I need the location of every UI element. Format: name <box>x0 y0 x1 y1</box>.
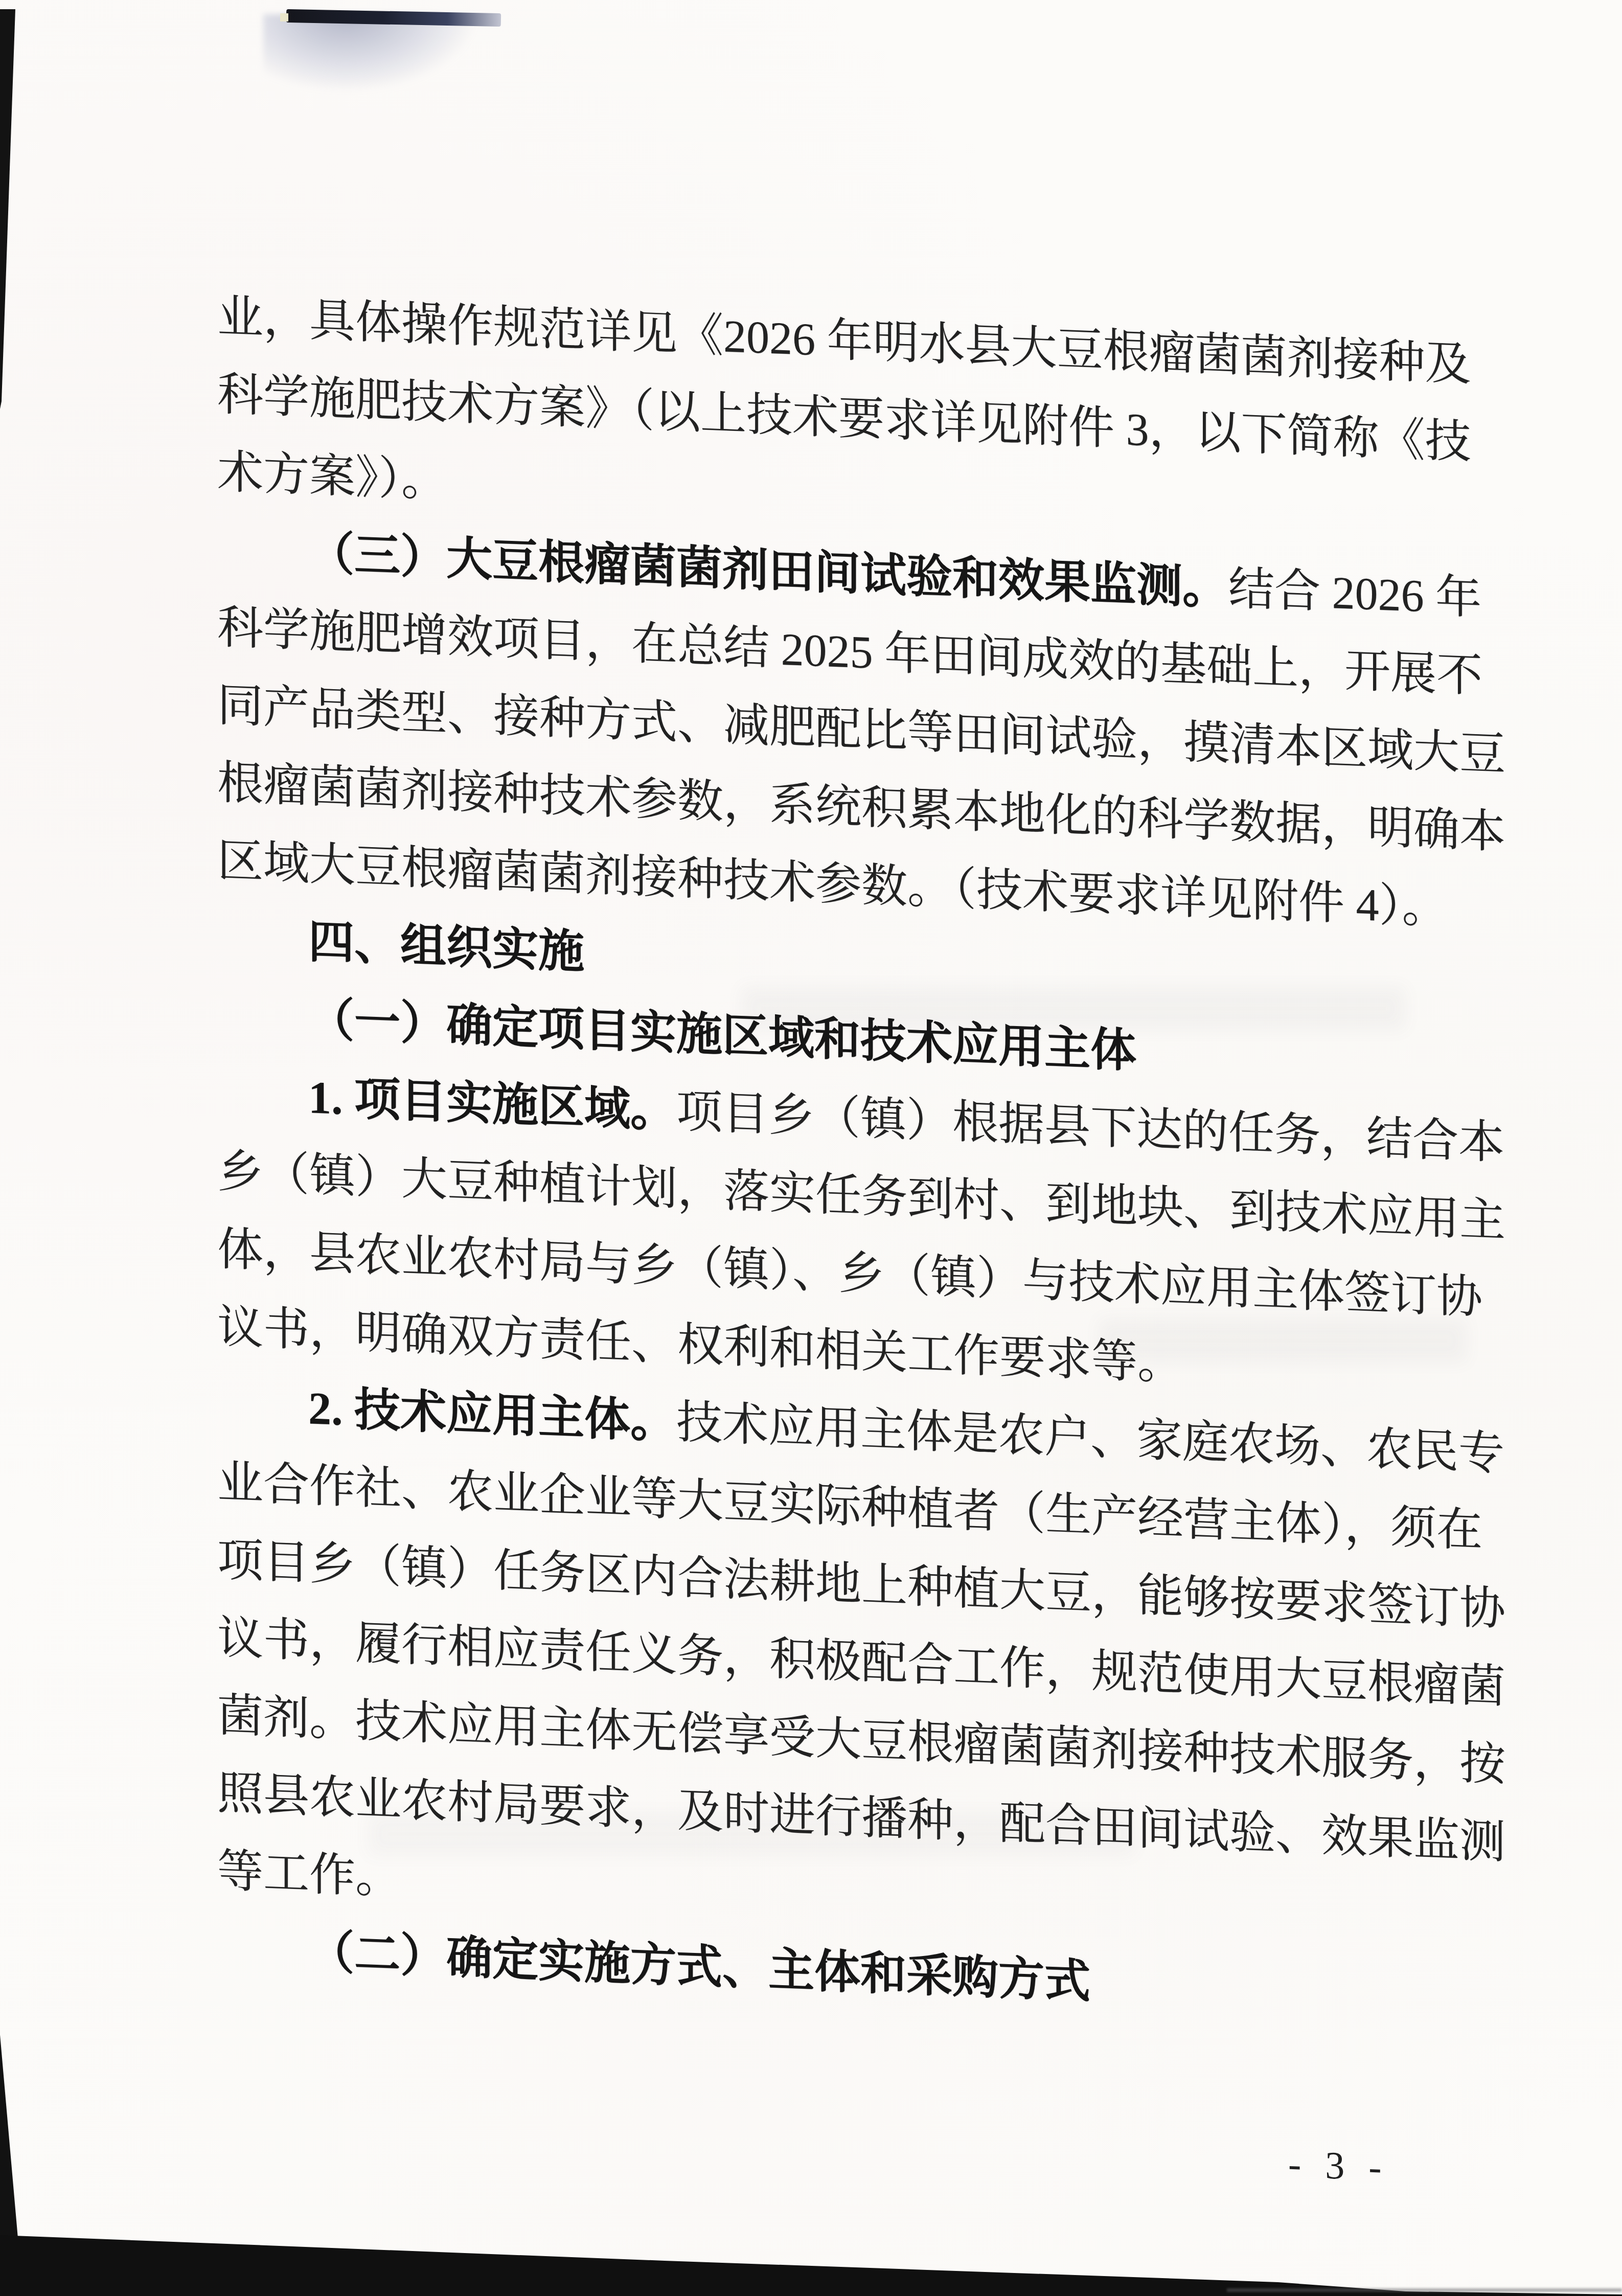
line-rest-text: 等工作。 <box>217 1846 401 1903</box>
page-number: - 3 - <box>1288 2142 1389 2191</box>
line-bold-text: 1. 项目实施区域。 <box>308 1072 676 1137</box>
scanned-page: - 3 - 业，具体操作规范详见《2026 年明水县大豆根瘤菌菌剂接种及科学施肥… <box>0 0 1622 2296</box>
ink-smudge-fan <box>263 14 560 137</box>
line-rest-text: 结合 2026 年 <box>1228 563 1481 624</box>
document-text: - 3 - 业，具体操作规范详见《2026 年明水县大豆根瘤菌菌剂接种及科学施肥… <box>0 0 1622 2042</box>
line-bold-text: 四、组织实施 <box>308 917 584 978</box>
line-bold-text: 2. 技术应用主体。 <box>308 1383 676 1448</box>
line-bold-text: （二）确定实施方式、主体和采购方式 <box>308 1927 1090 2008</box>
ink-smudge-tip <box>280 13 288 21</box>
scanner-edge-bottom-faint <box>1227 2288 1622 2292</box>
line-rest-text: 术方案》）。 <box>217 447 447 506</box>
